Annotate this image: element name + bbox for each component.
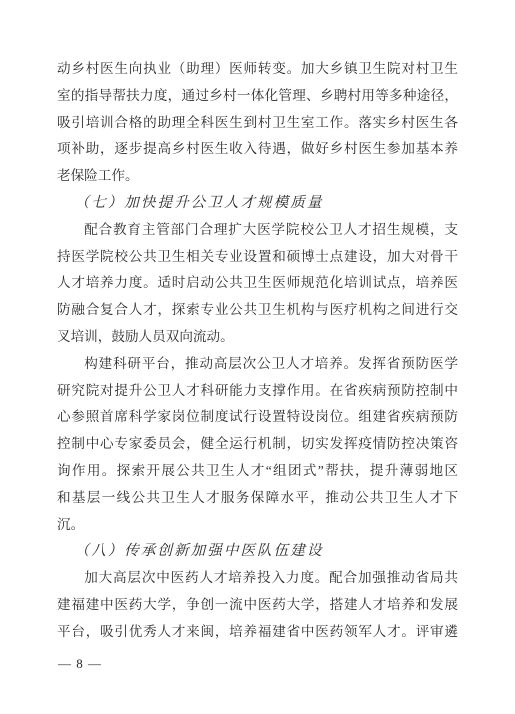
text-line: 和基层一线公共卫生人才服务保障水平，推动公共卫生人才下 <box>57 485 458 512</box>
text-line: 项补助，逐步提高乡村医生收入待遇，做好乡村医生参加基本养 <box>57 136 458 163</box>
text-line: 加大高层次中医药人才培养投入力度。配合加强推动省局共 <box>57 565 458 592</box>
text-line: 人才培养力度。适时启动公共卫生医师规范化培训试点，培养医 <box>57 270 458 297</box>
document-body: 动乡村医生向执业（助理）医师转变。加大乡镇卫生院对村卫生室的指导帮扶力度，通过乡… <box>57 56 458 646</box>
document-page: 动乡村医生向执业（助理）医师转变。加大乡镇卫生院对村卫生室的指导帮扶力度，通过乡… <box>0 0 515 714</box>
text-line: 室的指导帮扶力度，通过乡村一体化管理、乡聘村用等多种途径， <box>57 83 458 110</box>
text-line: 吸引培训合格的助理全科医生到村卫生室工作。落实乡村医生各 <box>57 110 458 137</box>
section-heading: （七）加快提升公卫人才规模质量 <box>57 190 458 217</box>
text-line: 沉。 <box>57 512 458 539</box>
text-line: 建福建中医药大学，争创一流中医药大学，搭建人才培养和发展 <box>57 592 458 619</box>
text-line: 动乡村医生向执业（助理）医师转变。加大乡镇卫生院对村卫生 <box>57 56 458 83</box>
text-line: 心参照首席科学家岗位制度试行设置特设岗位。组建省疾病预防 <box>57 404 458 431</box>
text-line: 配合教育主管部门合理扩大医学院校公卫人才招生规模，支 <box>57 217 458 244</box>
text-line: 持医学院校公共卫生相关专业设置和硕博士点建设，加大对骨干 <box>57 244 458 271</box>
text-line: 防融合复合人才，探索专业公共卫生机构与医疗机构之间进行交 <box>57 297 458 324</box>
text-line: 叉培训，鼓励人员双向流动。 <box>57 324 458 351</box>
text-line: 控制中心专家委员会，健全运行机制，切实发挥疫情防控决策咨 <box>57 431 458 458</box>
text-line: 构建科研平台，推动高层次公卫人才培养。发挥省预防医学 <box>57 351 458 378</box>
text-line: 询作用。探索开展公共卫生人才“组团式”帮扶，提升薄弱地区 <box>57 458 458 485</box>
page-number: — 8 — <box>58 656 102 672</box>
section-heading: （八）传承创新加强中医队伍建设 <box>57 538 458 565</box>
text-line: 平台，吸引优秀人才来闽，培养福建省中医药领军人才。评审遴 <box>57 619 458 646</box>
text-line: 研究院对提升公卫人才科研能力支撑作用。在省疾病预防控制中 <box>57 378 458 405</box>
text-line: 老保险工作。 <box>57 163 458 190</box>
